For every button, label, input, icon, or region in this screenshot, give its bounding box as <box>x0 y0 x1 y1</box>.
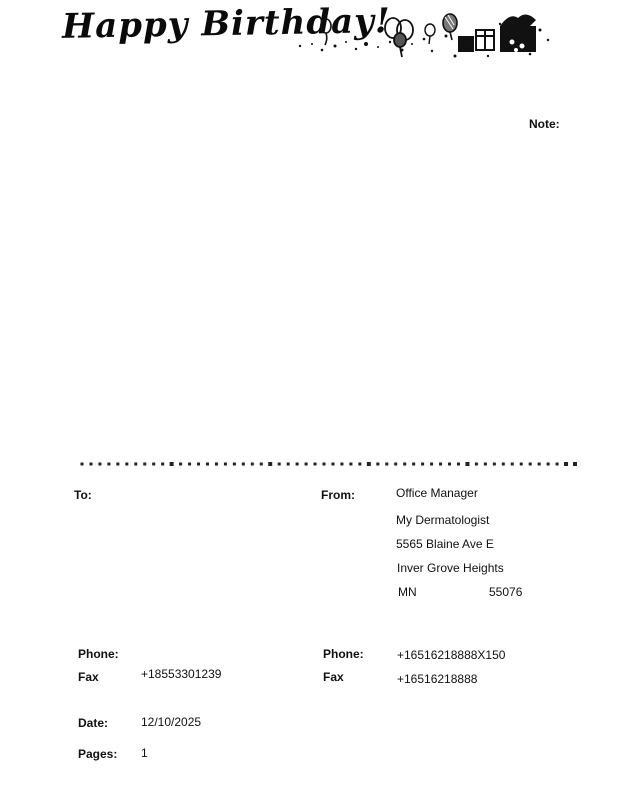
from-phone-label: Phone: <box>323 647 364 661</box>
gift-icon <box>500 14 536 52</box>
from-name: Office Manager <box>396 486 478 500</box>
from-label: From: <box>321 488 355 502</box>
to-label: To: <box>74 488 92 502</box>
from-company: My Dermatologist <box>396 513 489 527</box>
from-zip: 55076 <box>489 585 522 599</box>
from-city: Inver Grove Heights <box>397 561 504 575</box>
pages-value: 1 <box>141 746 148 760</box>
dotted-divider <box>80 460 577 468</box>
balloon-icon <box>425 24 435 44</box>
date-value: 12/10/2025 <box>141 715 201 729</box>
from-phone-value: +16516218888X150 <box>397 648 505 662</box>
birthday-decorations <box>60 6 560 66</box>
pages-label: Pages: <box>78 747 117 761</box>
from-state: MN <box>398 585 417 599</box>
from-fax-value: +16516218888 <box>397 672 477 686</box>
date-label: Date: <box>78 716 108 730</box>
from-fax-label: Fax <box>323 670 344 684</box>
balloons-icon <box>385 18 413 57</box>
gift-icon <box>458 30 494 52</box>
balloon-icon <box>321 19 331 45</box>
to-phone-label: Phone: <box>78 647 119 661</box>
note-label: Note: <box>529 117 560 131</box>
to-fax-label: Fax <box>78 670 99 684</box>
to-fax-value: +18553301239 <box>141 667 221 681</box>
from-address: 5565 Blaine Ave E <box>396 537 494 551</box>
